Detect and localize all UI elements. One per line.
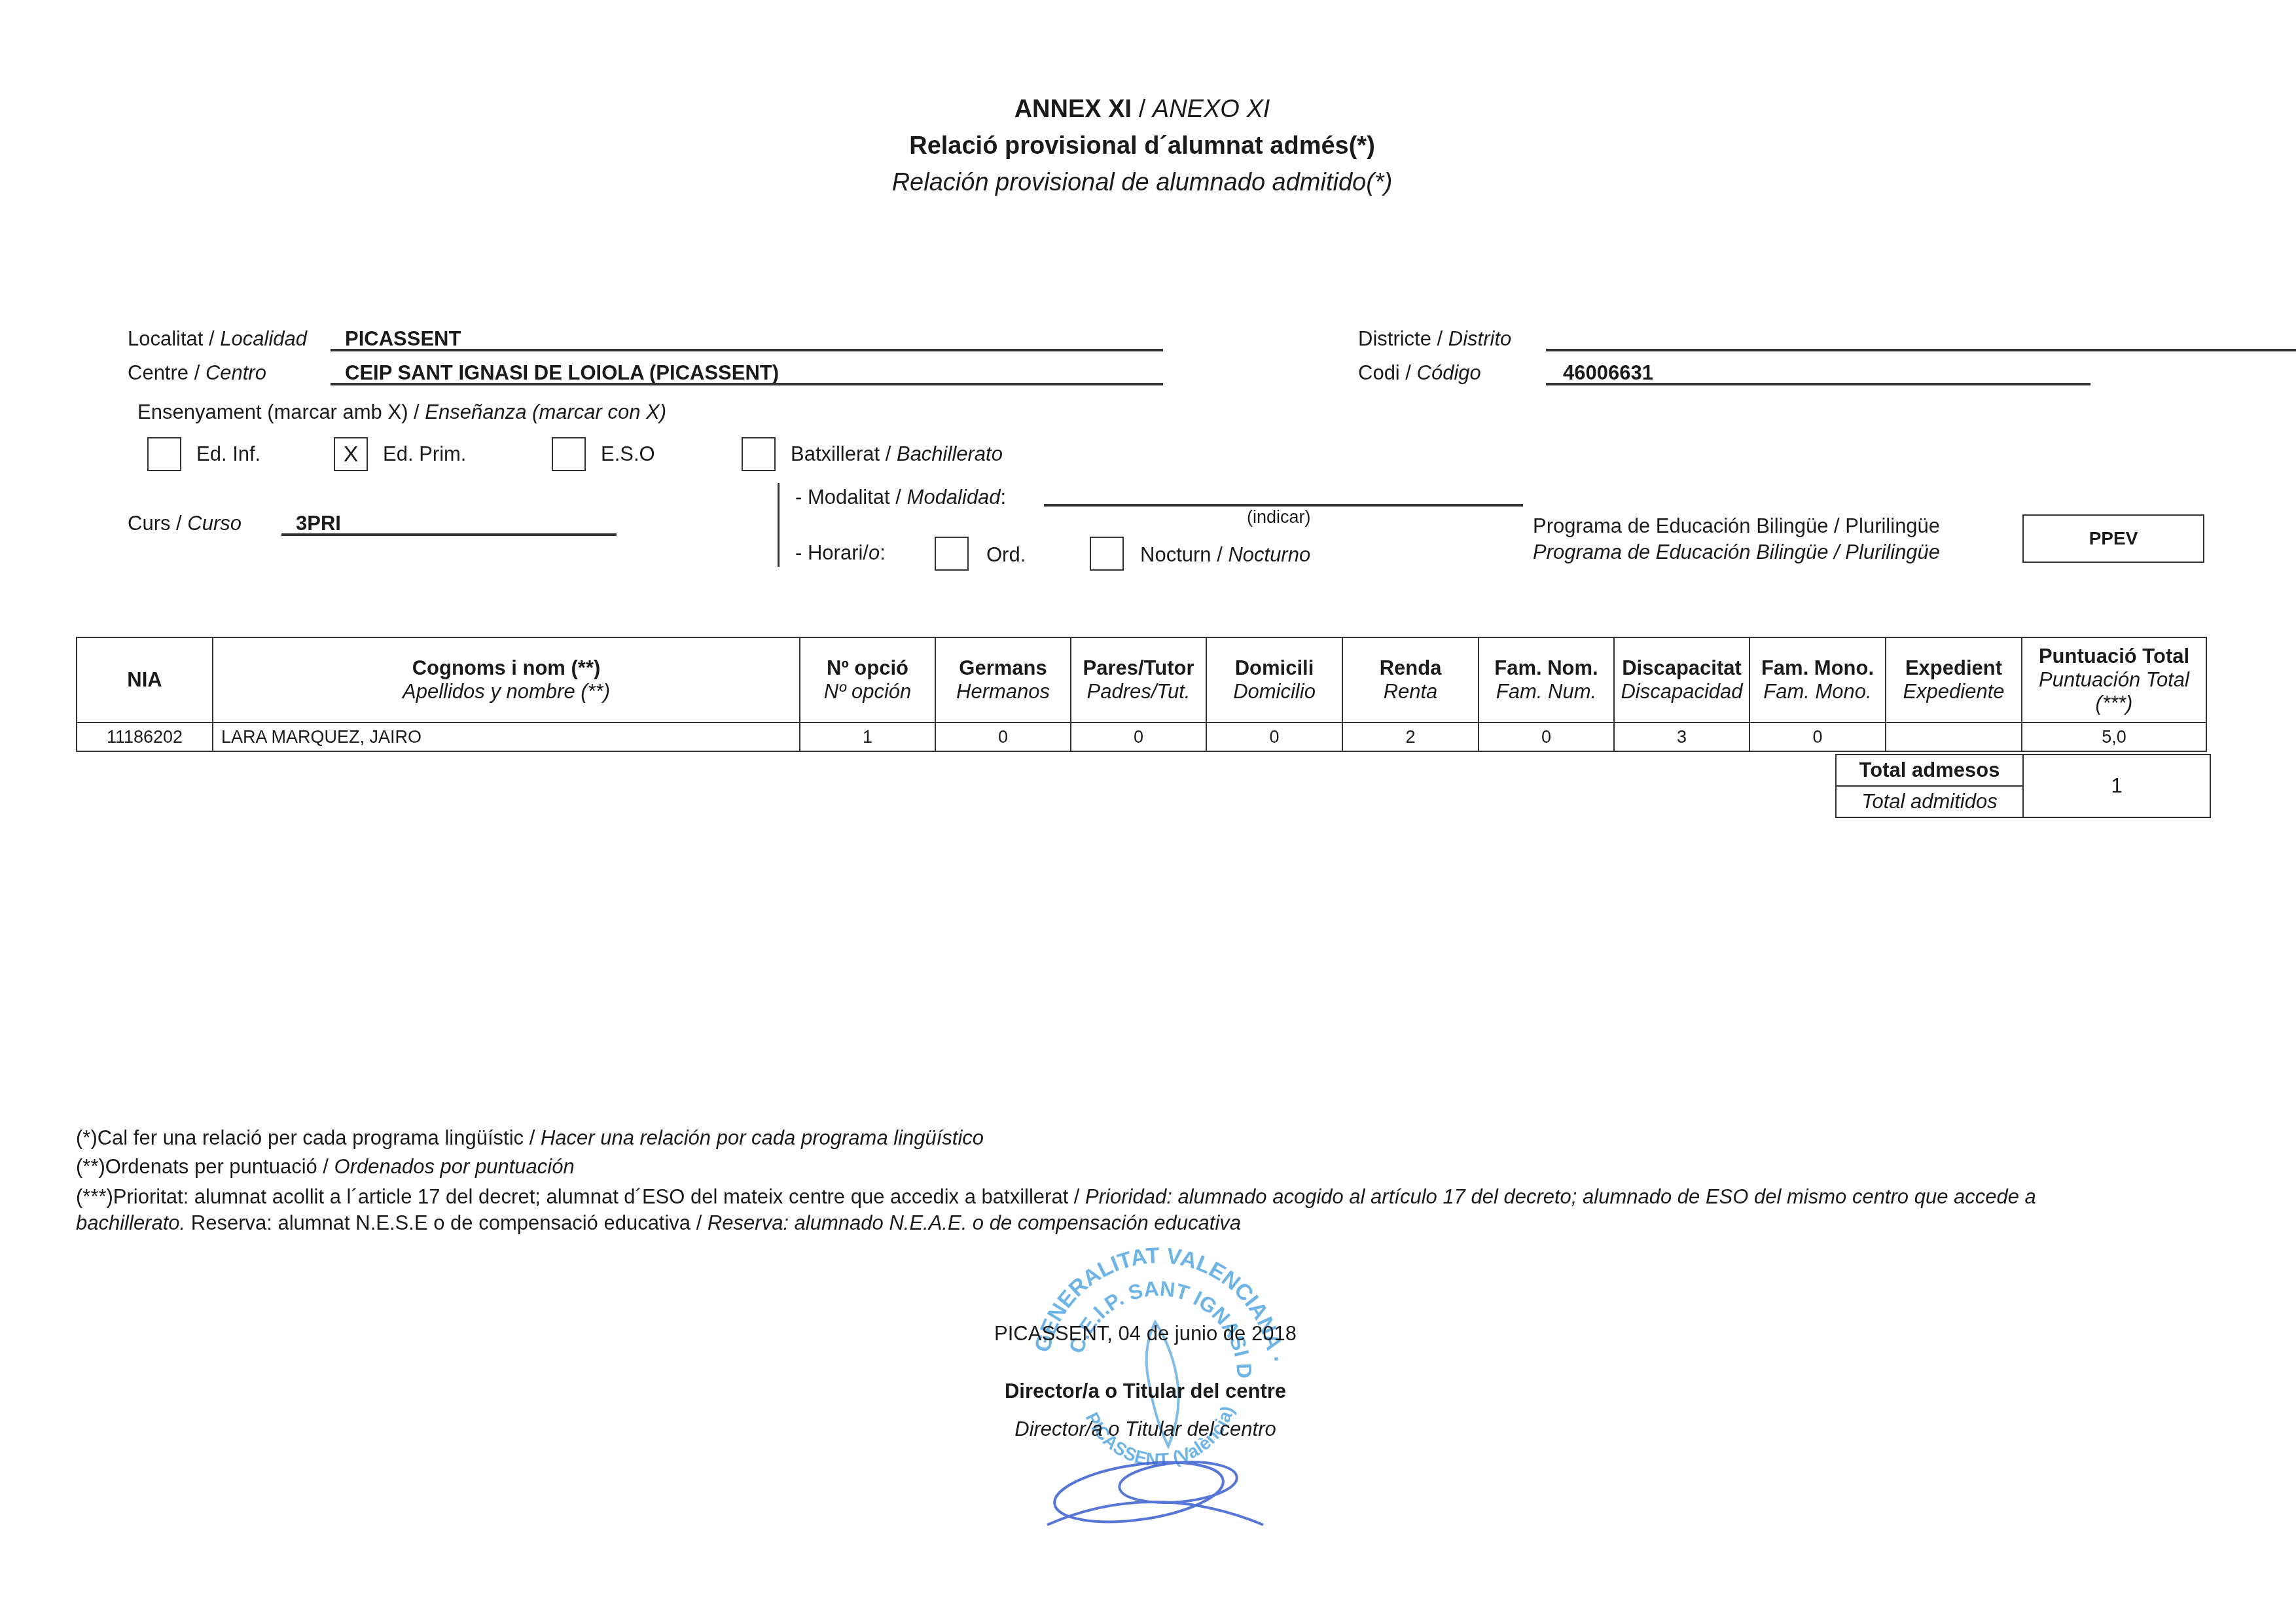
column-header: DomiciliDomicilio [1206, 637, 1342, 722]
checkbox-nocturn[interactable] [1090, 537, 1124, 571]
annex-separator: / [1132, 96, 1153, 123]
table-cell: 0 [1479, 722, 1614, 751]
label-nocturn-ca: Nocturn / [1140, 543, 1228, 566]
column-header-es: Apellidos y nombre (**) [216, 680, 797, 704]
centre-underline [331, 383, 1163, 385]
table-cell: 0 [1749, 722, 1886, 751]
codi-value[interactable]: 46006631 [1563, 361, 1653, 385]
column-header-ca: Discapacitat [1622, 656, 1742, 679]
note-3-es: Prioridad: alumnado acogido al artículo … [1085, 1185, 2036, 1208]
admitted-students-table: NIACognoms i nom (**)Apellidos y nombre … [76, 637, 2207, 752]
document-title-ca: Relació provisional d´alumnat admés(*) [0, 132, 2284, 160]
column-header-ca: Cognoms i nom (**) [412, 656, 601, 679]
label-batxillerat-ca: Batxillerat / [791, 442, 897, 465]
table-cell: 1 [800, 722, 935, 751]
localitat-label: Localitat / Localidad [128, 327, 307, 351]
label-nocturn: Nocturn / Nocturno [1140, 543, 1310, 567]
horari-label-suffix: : [880, 541, 886, 564]
checkbox-ed-inf[interactable] [147, 437, 181, 471]
horari-label-ca: - Horari/ [795, 541, 869, 564]
codi-label: Codi / Código [1358, 361, 1481, 385]
label-ed-prim: Ed. Prim. [383, 442, 466, 466]
annex-title-ca: ANNEX XI [1014, 96, 1132, 123]
column-header: Cognoms i nom (**)Apellidos y nombre (**… [213, 637, 800, 722]
table-cell: 2 [1342, 722, 1479, 751]
modalitat-underline [1044, 504, 1523, 507]
column-header: Puntuació TotalPuntuación Total (***) [2022, 637, 2206, 722]
curs-label-ca: Curs / [128, 512, 187, 535]
document-title-es: Relación provisional de alumnado admitid… [0, 169, 2284, 197]
column-header: Pares/TutorPadres/Tut. [1071, 637, 1206, 722]
table-cell: LARA MARQUEZ, JAIRO [213, 722, 800, 751]
signatory-role-ca: Director/a o Titular del centre [884, 1380, 1407, 1403]
column-header-es: Renta [1346, 680, 1475, 704]
modalitat-label: - Modalitat / Modalidad: [795, 486, 1006, 509]
programa-label-ca: Programa de Educación Bilingüe / Plurili… [1533, 514, 1940, 538]
ensenyament-label-es: Enseñanza (marcar con X) [425, 401, 666, 423]
column-header-es: Nº opción [803, 680, 932, 704]
codi-underline [1546, 383, 2090, 385]
curs-value[interactable]: 3PRI [296, 512, 341, 535]
column-header: Fam. Mono.Fam. Mono. [1749, 637, 1886, 722]
column-header-es: Expediente [1889, 680, 2018, 704]
checkbox-eso[interactable] [552, 437, 586, 471]
note-3: (***)Prioritat: alumnat acollit a l´arti… [76, 1183, 2036, 1211]
column-header-ca: Expedient [1905, 656, 2002, 679]
column-header: RendaRenta [1342, 637, 1479, 722]
centre-label: Centre / Centro [128, 361, 266, 385]
column-header: Fam. Nom.Fam. Num. [1479, 637, 1614, 722]
column-header-es: Padres/Tut. [1074, 680, 1203, 704]
column-header-ca: Puntuació Total [2039, 645, 2189, 668]
label-eso: E.S.O [601, 442, 655, 466]
table-cell: 0 [1071, 722, 1206, 751]
note-1-es: Hacer una relación por cada programa lin… [541, 1126, 984, 1149]
column-header-ca: Domicili [1235, 656, 1314, 679]
localitat-label-es: Localidad [220, 327, 307, 350]
label-ordinari: Ord. [986, 543, 1026, 567]
signatory-role-es: Director/a o Titular del centro [884, 1418, 1407, 1441]
note-2: (**)Ordenats per puntuació / Ordenados p… [76, 1153, 575, 1181]
column-header-ca: NIA [127, 668, 162, 691]
column-header-es: Hermanos [939, 680, 1067, 704]
curs-label: Curs / Curso [128, 512, 242, 535]
place-date: PICASSENT, 04 de junio de 2018 [884, 1322, 1407, 1346]
totals-table: Total admesos 1 Total admitidos [1835, 754, 2211, 818]
column-header: DiscapacitatDiscapacidad [1614, 637, 1749, 722]
total-admitidos-label: Total admitidos [1836, 786, 2023, 817]
note-1: (*)Cal fer una relació per cada programa… [76, 1124, 984, 1152]
modalitat-label-suffix: : [1001, 486, 1007, 508]
column-header-ca: Nº opció [827, 656, 908, 679]
horari-label: - Horari/o: [795, 541, 886, 565]
column-header-es: Domicilio [1210, 680, 1339, 704]
ensenyament-label-ca: Ensenyament (marcar amb X) / [137, 401, 425, 423]
table-row: 11186202LARA MARQUEZ, JAIRO100020305,0 [77, 722, 2206, 751]
column-header: Nº opcióNº opción [800, 637, 935, 722]
column-header-ca: Fam. Nom. [1494, 656, 1598, 679]
column-header-es: Puntuación Total (***) [2025, 668, 2203, 715]
table-cell: 11186202 [77, 722, 213, 751]
note-4-ca: Reserva: alumnat N.E.S.E o de compensaci… [185, 1211, 708, 1234]
modalitat-label-ca: - Modalitat / [795, 486, 907, 508]
column-header-ca: Pares/Tutor [1083, 656, 1194, 679]
checkbox-ed-prim[interactable]: X [334, 437, 368, 471]
label-nocturn-es: Nocturno [1228, 543, 1310, 566]
horari-label-es: o [869, 541, 880, 564]
districte-label: Districte / Distrito [1358, 327, 1511, 351]
label-batxillerat-es: Bachillerato [897, 442, 1003, 465]
centre-label-ca: Centre / [128, 361, 206, 384]
annex-title-es: ANEXO XI [1153, 96, 1270, 123]
curs-label-es: Curso [187, 512, 242, 535]
codi-label-es: Código [1417, 361, 1481, 384]
table-cell: 3 [1614, 722, 1749, 751]
note-3-ca: (***)Prioritat: alumnat acollit a l´arti… [76, 1185, 1085, 1208]
section-divider [778, 483, 780, 567]
total-value: 1 [2023, 755, 2210, 817]
programa-label-es: Programa de Educación Bilingüe / Plurili… [1533, 541, 1940, 564]
label-batxillerat: Batxillerat / Bachillerato [791, 442, 1003, 466]
column-header-ca: Renda [1380, 656, 1442, 679]
curs-underline [281, 533, 617, 536]
districte-label-es: Distrito [1448, 327, 1511, 350]
label-ed-inf: Ed. Inf. [196, 442, 260, 466]
localitat-underline [331, 349, 1163, 351]
note-2-es: Ordenados por puntuación [334, 1155, 575, 1178]
localitat-value[interactable]: PICASSENT [345, 327, 461, 351]
table-cell: 0 [935, 722, 1071, 751]
modalitat-label-es: Modalidad [907, 486, 1001, 508]
table-cell: 0 [1206, 722, 1342, 751]
localitat-label-ca: Localitat / [128, 327, 220, 350]
table-cell [1886, 722, 2022, 751]
column-header-es: Fam. Num. [1482, 680, 1611, 704]
districte-label-ca: Districte / [1358, 327, 1448, 350]
column-header-ca: Germans [959, 656, 1047, 679]
table-header-row: NIACognoms i nom (**)Apellidos y nombre … [77, 637, 2206, 722]
checkbox-batxillerat[interactable] [742, 437, 776, 471]
column-header-es: Fam. Mono. [1753, 680, 1882, 704]
programa-value[interactable]: PPEV [2022, 514, 2204, 563]
ensenyament-label: Ensenyament (marcar amb X) / Enseñanza (… [137, 401, 666, 424]
column-header: NIA [77, 637, 213, 722]
modalitat-hint: (indicar) [1247, 507, 1311, 527]
column-header-es: Discapacidad [1617, 680, 1746, 704]
centre-label-es: Centro [206, 361, 266, 384]
column-header-ca: Fam. Mono. [1761, 656, 1874, 679]
codi-label-ca: Codi / [1358, 361, 1417, 384]
table-cell: 5,0 [2022, 722, 2206, 751]
note-1-ca: (*)Cal fer una relació per cada programa… [76, 1126, 541, 1149]
note-2-ca: (**)Ordenats per puntuació / [76, 1155, 334, 1178]
annex-title: ANNEX XI / ANEXO XI [0, 96, 2284, 124]
total-admesos-label: Total admesos [1836, 755, 2023, 786]
districte-underline [1546, 349, 2296, 351]
column-header: ExpedientExpediente [1886, 637, 2022, 722]
checkbox-ordinari[interactable] [935, 537, 969, 571]
column-header: GermansHermanos [935, 637, 1071, 722]
centre-value[interactable]: CEIP SANT IGNASI DE LOIOLA (PICASSENT) [345, 361, 779, 385]
note-4-es-a: bachillerato. [76, 1211, 185, 1234]
